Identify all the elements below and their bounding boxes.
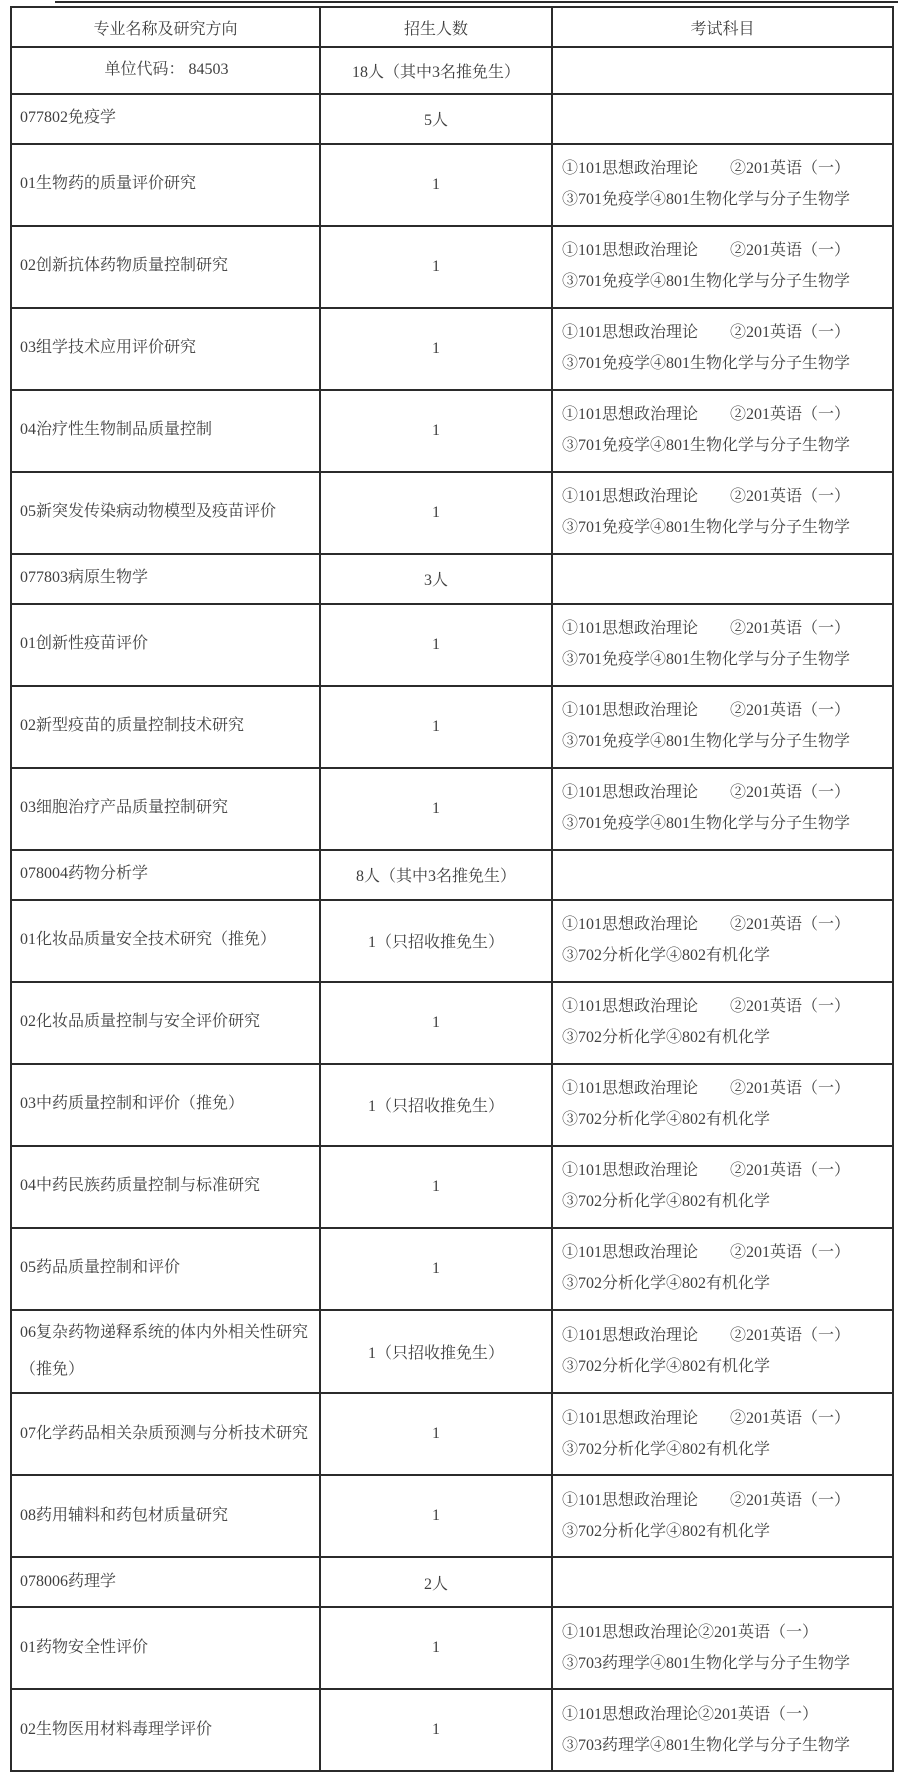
subject-line: ③701免疫学④801生物化学与分子生物学 xyxy=(562,648,886,672)
table-row: 078004药物分析学 8人（其中3名推免生） xyxy=(11,850,893,900)
page: 专业名称及研究方向 招生人数 考试科目 单位代码： 84503 18人（其中3名… xyxy=(0,0,898,1772)
quota-cell: 3人 xyxy=(320,554,552,604)
subject-line: ③702分析化学④802有机化学 xyxy=(562,1520,886,1544)
quota-cell: 1（只招收推免生） xyxy=(320,1064,552,1146)
table-row: 02生物医用材料毒理学评价 1 ①101思想政治理论②201英语（一）③703药… xyxy=(11,1689,893,1771)
major-cell: 02新型疫苗的质量控制技术研究 xyxy=(11,686,320,768)
major-cell: 02化妆品质量控制与安全评价研究 xyxy=(11,982,320,1064)
major-cell: 05药品质量控制和评价 xyxy=(11,1228,320,1310)
quota-cell: 1 xyxy=(320,604,552,686)
major-cell: 01药物安全性评价 xyxy=(11,1607,320,1689)
major-cell: 08药用辅料和药包材质量研究 xyxy=(11,1475,320,1557)
major-cell: 077802免疫学 xyxy=(11,94,320,144)
subject-line: ③702分析化学④802有机化学 xyxy=(562,1190,886,1214)
subjects-cell xyxy=(552,47,893,94)
column-header-major: 专业名称及研究方向 xyxy=(11,7,320,47)
subjects-cell: ①101思想政治理论②201英语（一）③703药理学④801生物化学与分子生物学 xyxy=(552,1607,893,1689)
major-cell: 01化妆品质量安全技术研究（推免） xyxy=(11,900,320,982)
table-header-row: 专业名称及研究方向 招生人数 考试科目 xyxy=(11,7,893,47)
subject-line: ①101思想政治理论 ②201英语（一） xyxy=(562,485,886,509)
quota-cell: 1 xyxy=(320,1146,552,1228)
quota-cell: 1 xyxy=(320,1475,552,1557)
table-row: 03组学技术应用评价研究 1 ①101思想政治理论 ②201英语（一）③701免… xyxy=(11,308,893,390)
subjects-cell: ①101思想政治理论 ②201英语（一）③701免疫学④801生物化学与分子生物… xyxy=(552,390,893,472)
major-cell: 03组学技术应用评价研究 xyxy=(11,308,320,390)
major-cell: 077803病原生物学 xyxy=(11,554,320,604)
quota-cell: 1 xyxy=(320,472,552,554)
subject-line: ①101思想政治理论 ②201英语（一） xyxy=(562,403,886,427)
major-cell: 03中药质量控制和评价（推免） xyxy=(11,1064,320,1146)
major-cell: 07化学药品相关杂质预测与分析技术研究 xyxy=(11,1393,320,1475)
subject-line: ③701免疫学④801生物化学与分子生物学 xyxy=(562,270,886,294)
table-row: 04中药民族药质量控制与标准研究 1 ①101思想政治理论 ②201英语（一）③… xyxy=(11,1146,893,1228)
table-row: 08药用辅料和药包材质量研究 1 ①101思想政治理论 ②201英语（一）③70… xyxy=(11,1475,893,1557)
subjects-cell: ①101思想政治理论 ②201英语（一）③701免疫学④801生物化学与分子生物… xyxy=(552,144,893,226)
subject-line: ①101思想政治理论 ②201英语（一） xyxy=(562,913,886,937)
subjects-cell: ①101思想政治理论 ②201英语（一）③702分析化学④802有机化学 xyxy=(552,1228,893,1310)
subject-line: ③701免疫学④801生物化学与分子生物学 xyxy=(562,434,886,458)
quota-cell: 8人（其中3名推免生） xyxy=(320,850,552,900)
major-cell: 078004药物分析学 xyxy=(11,850,320,900)
subject-line: ①101思想政治理论 ②201英语（一） xyxy=(562,1407,886,1431)
quota-cell: 1 xyxy=(320,390,552,472)
subjects-cell: ①101思想政治理论 ②201英语（一）③701免疫学④801生物化学与分子生物… xyxy=(552,604,893,686)
subject-line: ③703药理学④801生物化学与分子生物学 xyxy=(562,1734,886,1758)
quota-cell: 1 xyxy=(320,144,552,226)
quota-cell: 1 xyxy=(320,768,552,850)
table-row: 06复杂药物递释系统的体内外相关性研究（推免） 1（只招收推免生） ①101思想… xyxy=(11,1310,893,1394)
major-cell: 04治疗性生物制品质量控制 xyxy=(11,390,320,472)
subjects-cell xyxy=(552,94,893,144)
subject-line: ③702分析化学④802有机化学 xyxy=(562,944,886,968)
column-header-subjects: 考试科目 xyxy=(552,7,893,47)
subject-line: ③701免疫学④801生物化学与分子生物学 xyxy=(562,516,886,540)
subject-line: ①101思想政治理论 ②201英语（一） xyxy=(562,1489,886,1513)
column-header-quota: 招生人数 xyxy=(320,7,552,47)
subjects-cell: ①101思想政治理论 ②201英语（一）③702分析化学④802有机化学 xyxy=(552,1146,893,1228)
major-cell: 03细胞治疗产品质量控制研究 xyxy=(11,768,320,850)
quota-cell: 1（只招收推免生） xyxy=(320,1310,552,1394)
subject-line: ①101思想政治理论 ②201英语（一） xyxy=(562,157,886,181)
subject-line: ③702分析化学④802有机化学 xyxy=(562,1438,886,1462)
major-cell: 06复杂药物递释系统的体内外相关性研究（推免） xyxy=(11,1310,320,1394)
major-cell: 02创新抗体药物质量控制研究 xyxy=(11,226,320,308)
quota-cell: 18人（其中3名推免生） xyxy=(320,47,552,94)
table-row: 01化妆品质量安全技术研究（推免） 1（只招收推免生） ①101思想政治理论 ②… xyxy=(11,900,893,982)
subject-line: ①101思想政治理论 ②201英语（一） xyxy=(562,1324,886,1348)
subject-line: ①101思想政治理论 ②201英语（一） xyxy=(562,995,886,1019)
quota-cell: 1 xyxy=(320,982,552,1064)
subjects-cell: ①101思想政治理论 ②201英语（一）③702分析化学④802有机化学 xyxy=(552,1310,893,1394)
subject-line: ①101思想政治理论 ②201英语（一） xyxy=(562,239,886,263)
table-row: 077802免疫学 5人 xyxy=(11,94,893,144)
subject-line: ③702分析化学④802有机化学 xyxy=(562,1355,886,1379)
subject-line: ①101思想政治理论 ②201英语（一） xyxy=(562,699,886,723)
subjects-cell: ①101思想政治理论 ②201英语（一）③701免疫学④801生物化学与分子生物… xyxy=(552,768,893,850)
quota-cell: 1 xyxy=(320,686,552,768)
subject-line: ③703药理学④801生物化学与分子生物学 xyxy=(562,1652,886,1676)
subject-line: ①101思想政治理论 ②201英语（一） xyxy=(562,321,886,345)
subject-line: ①101思想政治理论 ②201英语（一） xyxy=(562,781,886,805)
subjects-cell xyxy=(552,850,893,900)
table-row: 单位代码： 84503 18人（其中3名推免生） xyxy=(11,47,893,94)
table-row: 02创新抗体药物质量控制研究 1 ①101思想政治理论 ②201英语（一）③70… xyxy=(11,226,893,308)
table-row: 01生物药的质量评价研究 1 ①101思想政治理论 ②201英语（一）③701免… xyxy=(11,144,893,226)
subjects-cell: ①101思想政治理论 ②201英语（一）③702分析化学④802有机化学 xyxy=(552,1475,893,1557)
subject-line: ①101思想政治理论②201英语（一） xyxy=(562,1703,886,1727)
subject-line: ③702分析化学④802有机化学 xyxy=(562,1108,886,1132)
subject-line: ①101思想政治理论 ②201英语（一） xyxy=(562,617,886,641)
major-cell: 02生物医用材料毒理学评价 xyxy=(11,1689,320,1771)
table-body: 单位代码： 84503 18人（其中3名推免生） 077802免疫学 5人 01… xyxy=(11,47,893,1771)
quota-cell: 2人 xyxy=(320,1557,552,1607)
table-row: 078006药理学 2人 xyxy=(11,1557,893,1607)
subjects-cell: ①101思想政治理论②201英语（一）③703药理学④801生物化学与分子生物学 xyxy=(552,1689,893,1771)
subjects-cell: ①101思想政治理论 ②201英语（一）③702分析化学④802有机化学 xyxy=(552,982,893,1064)
table-row: 01创新性疫苗评价 1 ①101思想政治理论 ②201英语（一）③701免疫学④… xyxy=(11,604,893,686)
subjects-cell: ①101思想政治理论 ②201英语（一）③702分析化学④802有机化学 xyxy=(552,1393,893,1475)
subjects-cell: ①101思想政治理论 ②201英语（一）③701免疫学④801生物化学与分子生物… xyxy=(552,472,893,554)
admissions-table: 专业名称及研究方向 招生人数 考试科目 单位代码： 84503 18人（其中3名… xyxy=(10,6,894,1772)
table-row: 03细胞治疗产品质量控制研究 1 ①101思想政治理论 ②201英语（一）③70… xyxy=(11,768,893,850)
subjects-cell: ①101思想政治理论 ②201英语（一）③701免疫学④801生物化学与分子生物… xyxy=(552,686,893,768)
major-cell: 05新突发传染病动物模型及疫苗评价 xyxy=(11,472,320,554)
subject-line: ③701免疫学④801生物化学与分子生物学 xyxy=(562,812,886,836)
table-row: 02新型疫苗的质量控制技术研究 1 ①101思想政治理论 ②201英语（一）③7… xyxy=(11,686,893,768)
table-row: 077803病原生物学 3人 xyxy=(11,554,893,604)
major-cell: 单位代码： 84503 xyxy=(11,47,320,94)
quota-cell: 1（只招收推免生） xyxy=(320,900,552,982)
subject-line: ③702分析化学④802有机化学 xyxy=(562,1272,886,1296)
quota-cell: 1 xyxy=(320,226,552,308)
subjects-cell xyxy=(552,1557,893,1607)
table-row: 03中药质量控制和评价（推免） 1（只招收推免生） ①101思想政治理论 ②20… xyxy=(11,1064,893,1146)
table-row: 01药物安全性评价 1 ①101思想政治理论②201英语（一）③703药理学④8… xyxy=(11,1607,893,1689)
quota-cell: 1 xyxy=(320,1607,552,1689)
table-row: 02化妆品质量控制与安全评价研究 1 ①101思想政治理论 ②201英语（一）③… xyxy=(11,982,893,1064)
table-row: 07化学药品相关杂质预测与分析技术研究 1 ①101思想政治理论 ②201英语（… xyxy=(11,1393,893,1475)
subject-line: ③701免疫学④801生物化学与分子生物学 xyxy=(562,730,886,754)
major-cell: 04中药民族药质量控制与标准研究 xyxy=(11,1146,320,1228)
major-cell: 078006药理学 xyxy=(11,1557,320,1607)
subject-line: ③701免疫学④801生物化学与分子生物学 xyxy=(562,188,886,212)
major-cell: 01生物药的质量评价研究 xyxy=(11,144,320,226)
subjects-cell xyxy=(552,554,893,604)
quota-cell: 1 xyxy=(320,308,552,390)
subjects-cell: ①101思想政治理论 ②201英语（一）③701免疫学④801生物化学与分子生物… xyxy=(552,308,893,390)
subject-line: ①101思想政治理论 ②201英语（一） xyxy=(562,1077,886,1101)
quota-cell: 5人 xyxy=(320,94,552,144)
subjects-cell: ①101思想政治理论 ②201英语（一）③702分析化学④802有机化学 xyxy=(552,900,893,982)
quota-cell: 1 xyxy=(320,1228,552,1310)
subject-line: ③701免疫学④801生物化学与分子生物学 xyxy=(562,352,886,376)
subject-line: ①101思想政治理论 ②201英语（一） xyxy=(562,1241,886,1265)
subject-line: ①101思想政治理论 ②201英语（一） xyxy=(562,1159,886,1183)
cropped-divider-line xyxy=(55,1,898,3)
table-row: 04治疗性生物制品质量控制 1 ①101思想政治理论 ②201英语（一）③701… xyxy=(11,390,893,472)
table-row: 05药品质量控制和评价 1 ①101思想政治理论 ②201英语（一）③702分析… xyxy=(11,1228,893,1310)
subject-line: ①101思想政治理论②201英语（一） xyxy=(562,1621,886,1645)
table-row: 05新突发传染病动物模型及疫苗评价 1 ①101思想政治理论 ②201英语（一）… xyxy=(11,472,893,554)
subjects-cell: ①101思想政治理论 ②201英语（一）③702分析化学④802有机化学 xyxy=(552,1064,893,1146)
subject-line: ③702分析化学④802有机化学 xyxy=(562,1026,886,1050)
subjects-cell: ①101思想政治理论 ②201英语（一）③701免疫学④801生物化学与分子生物… xyxy=(552,226,893,308)
quota-cell: 1 xyxy=(320,1393,552,1475)
quota-cell: 1 xyxy=(320,1689,552,1771)
major-cell: 01创新性疫苗评价 xyxy=(11,604,320,686)
